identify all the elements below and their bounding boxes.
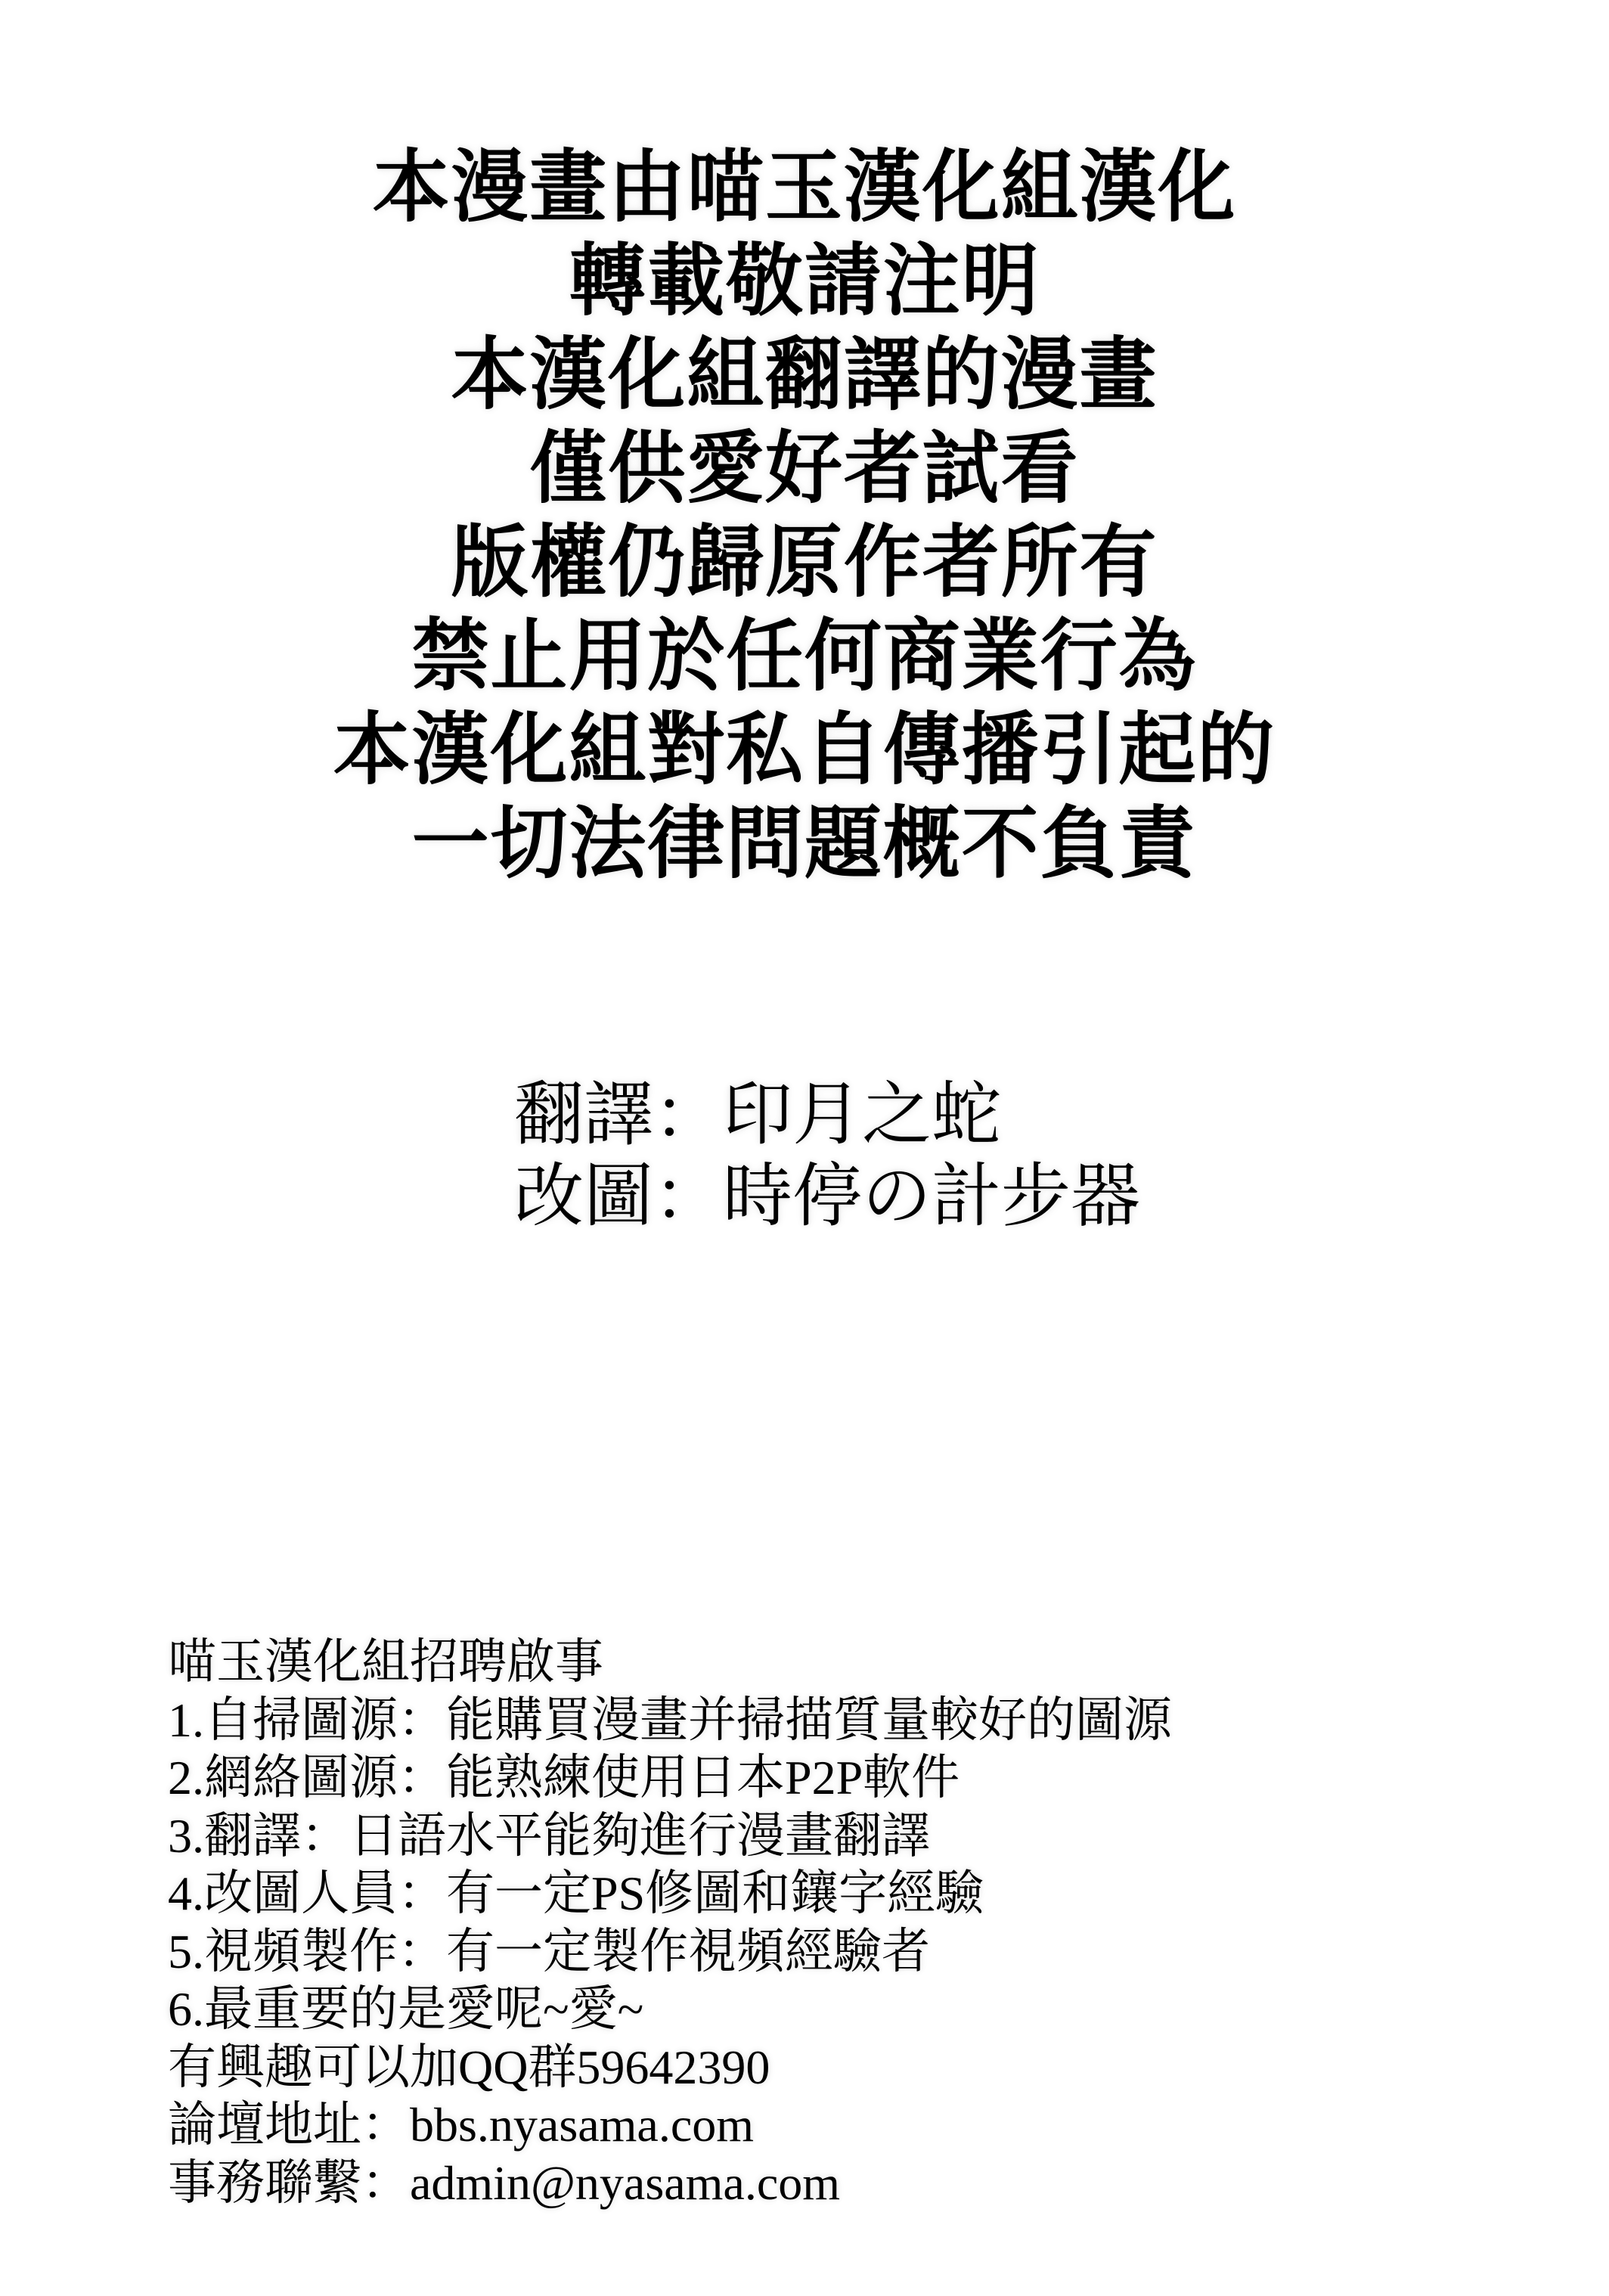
credit-separator: ：: [653, 1156, 723, 1236]
recruitment-block: 喵玉漢化組招聘啟事 1.自掃圖源：能購買漫畫并掃描質量較好的圖源 2.網絡圖源：…: [168, 1634, 1172, 2212]
contact-line: 事務聯繫：admin@nyasama.com: [168, 2155, 1172, 2213]
credits-block: 翻譯：印月之蛇 改圖：時停の計步器: [514, 1074, 1140, 1237]
disclaimer-line: 本漢化組翻譯的漫畫: [16, 327, 1592, 421]
recruitment-item: 5.視頻製作：有一定製作視頻經驗者: [168, 1923, 1172, 1981]
recruitment-item: 6.最重要的是愛呢~愛~: [168, 1981, 1172, 2039]
credit-name: 時停の計步器: [723, 1156, 1140, 1236]
credit-label: 改圖: [514, 1156, 653, 1236]
credit-translation: 翻譯：印月之蛇: [514, 1074, 1140, 1156]
credit-label: 翻譯: [514, 1074, 653, 1155]
qq-group-line: 有興趣可以加QQ群59642390: [168, 2039, 1172, 2097]
disclaimer-line: 本漢化組對私自傳播引起的: [16, 703, 1592, 796]
recruitment-item: 3.翻譯：日語水平能夠進行漫畫翻譯: [168, 1807, 1172, 1866]
credit-name: 印月之蛇: [723, 1074, 1001, 1155]
forum-line: 論壇地址：bbs.nyasama.com: [168, 2096, 1172, 2155]
disclaimer-line: 一切法律問題概不負責: [16, 796, 1592, 890]
disclaimer-line: 本漫畫由喵玉漢化組漢化: [16, 140, 1592, 234]
recruitment-item: 1.自掃圖源：能購買漫畫并掃描質量較好的圖源: [168, 1692, 1172, 1750]
disclaimer-line: 僅供愛好者試看: [16, 421, 1592, 515]
forum-url: bbs.nyasama.com: [410, 2098, 754, 2152]
disclaimer-line: 轉載敬請注明: [16, 234, 1592, 327]
credit-editing: 改圖：時停の計步器: [514, 1156, 1140, 1237]
recruitment-item: 2.網絡圖源：能熟練使用日本P2P軟件: [168, 1749, 1172, 1807]
credit-separator: ：: [653, 1074, 723, 1155]
recruitment-item: 4.改圖人員：有一定PS修圖和鑲字經驗: [168, 1865, 1172, 1923]
disclaimer-line: 版權仍歸原作者所有: [16, 515, 1592, 609]
recruitment-title: 喵玉漢化組招聘啟事: [168, 1634, 1172, 1692]
disclaimer-line: 禁止用於任何商業行為: [16, 609, 1592, 703]
contact-email: admin@nyasama.com: [410, 2156, 840, 2210]
disclaimer-block: 本漫畫由喵玉漢化組漢化 轉載敬請注明 本漢化組翻譯的漫畫 僅供愛好者試看 版權仍…: [0, 140, 1609, 890]
contact-label: 事務聯繫：: [168, 2156, 410, 2210]
forum-label: 論壇地址：: [168, 2098, 410, 2152]
